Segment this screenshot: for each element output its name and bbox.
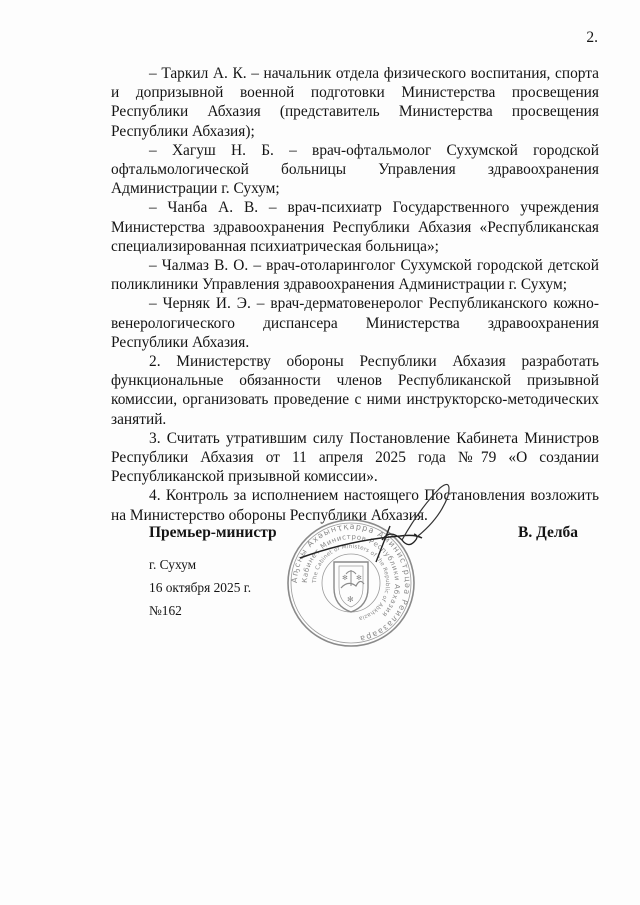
member-chanba: – Чанба А. В. – врач-психиатр Государств…	[111, 198, 599, 256]
member-chalmaz: – Чалмаз В. О. – врач-отоларинголог Суху…	[111, 256, 599, 294]
date: 16 октября 2025 г.	[149, 580, 251, 596]
signatory-name: В. Делба	[518, 524, 578, 542]
member-khagush: – Хагуш Н. Б. – врач-офтальмолог Сухумск…	[111, 141, 599, 199]
svg-text:✻: ✻	[356, 574, 362, 582]
page-number: 2.	[586, 29, 598, 47]
svg-text:✻: ✻	[342, 574, 348, 582]
signature-icon	[290, 478, 460, 568]
city: г. Сухум	[149, 557, 196, 573]
member-tarkil: – Таркил А. К. – начальник отдела физиче…	[111, 64, 599, 141]
document-number: №162	[149, 603, 182, 619]
clause-2: 2. Министерству обороны Республики Абхаз…	[111, 352, 599, 429]
member-chernyak: – Черняк И. Э. – врач-дерматовенеролог Р…	[111, 294, 599, 352]
document-body: – Таркил А. К. – начальник отдела физиче…	[111, 64, 599, 525]
signatory-title: Премьер-министр	[149, 524, 277, 542]
svg-text:✻: ✻	[347, 595, 354, 604]
